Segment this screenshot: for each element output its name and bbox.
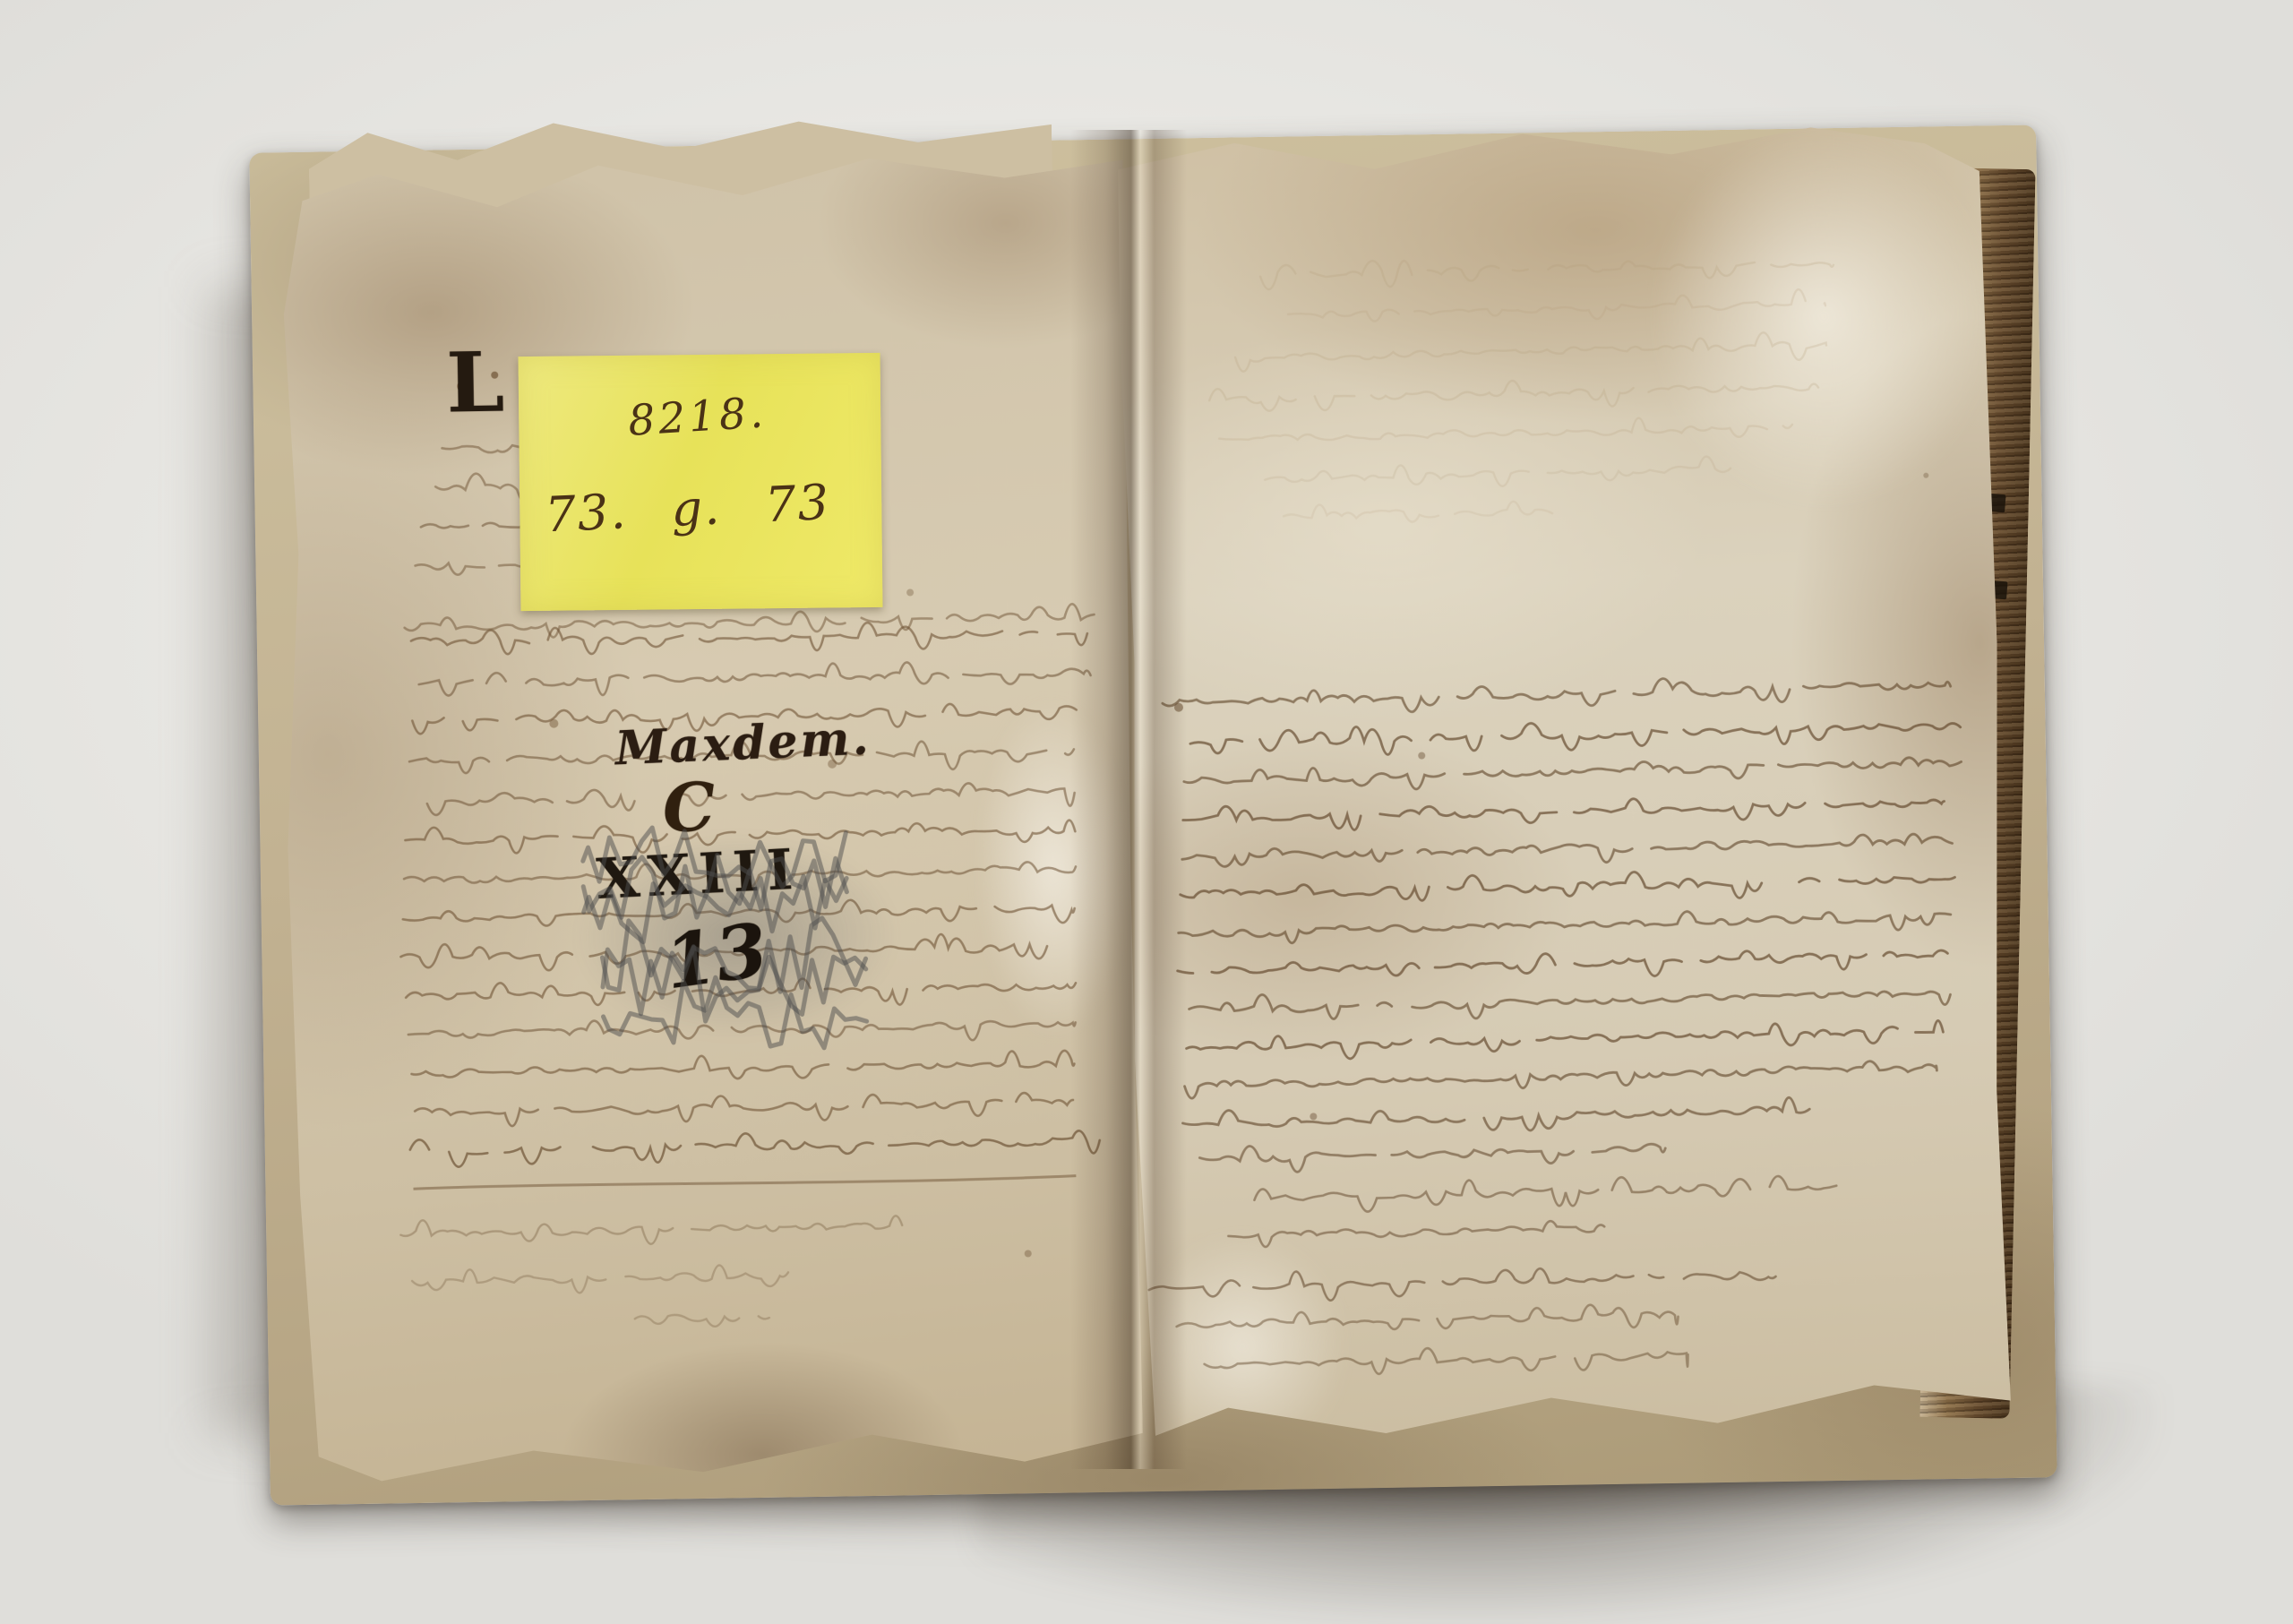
shelfmark-code: 73. g. 73 — [544, 474, 831, 543]
shelfmark-number: 8218. — [627, 388, 769, 446]
left-page: L Maxdem. C XXIII 13 — [276, 142, 1143, 1490]
center-fold-gutter — [1070, 130, 1187, 1469]
shelfmark-slip: 8218. 73. g. 73 — [519, 353, 883, 611]
right-page-handwriting — [1112, 116, 2014, 1452]
pencil-scribble-overlay — [276, 142, 1143, 1490]
photo-scene: L Maxdem. C XXIII 13 8218. 73. g. 73 — [0, 0, 2293, 1624]
right-page — [1112, 116, 2014, 1452]
